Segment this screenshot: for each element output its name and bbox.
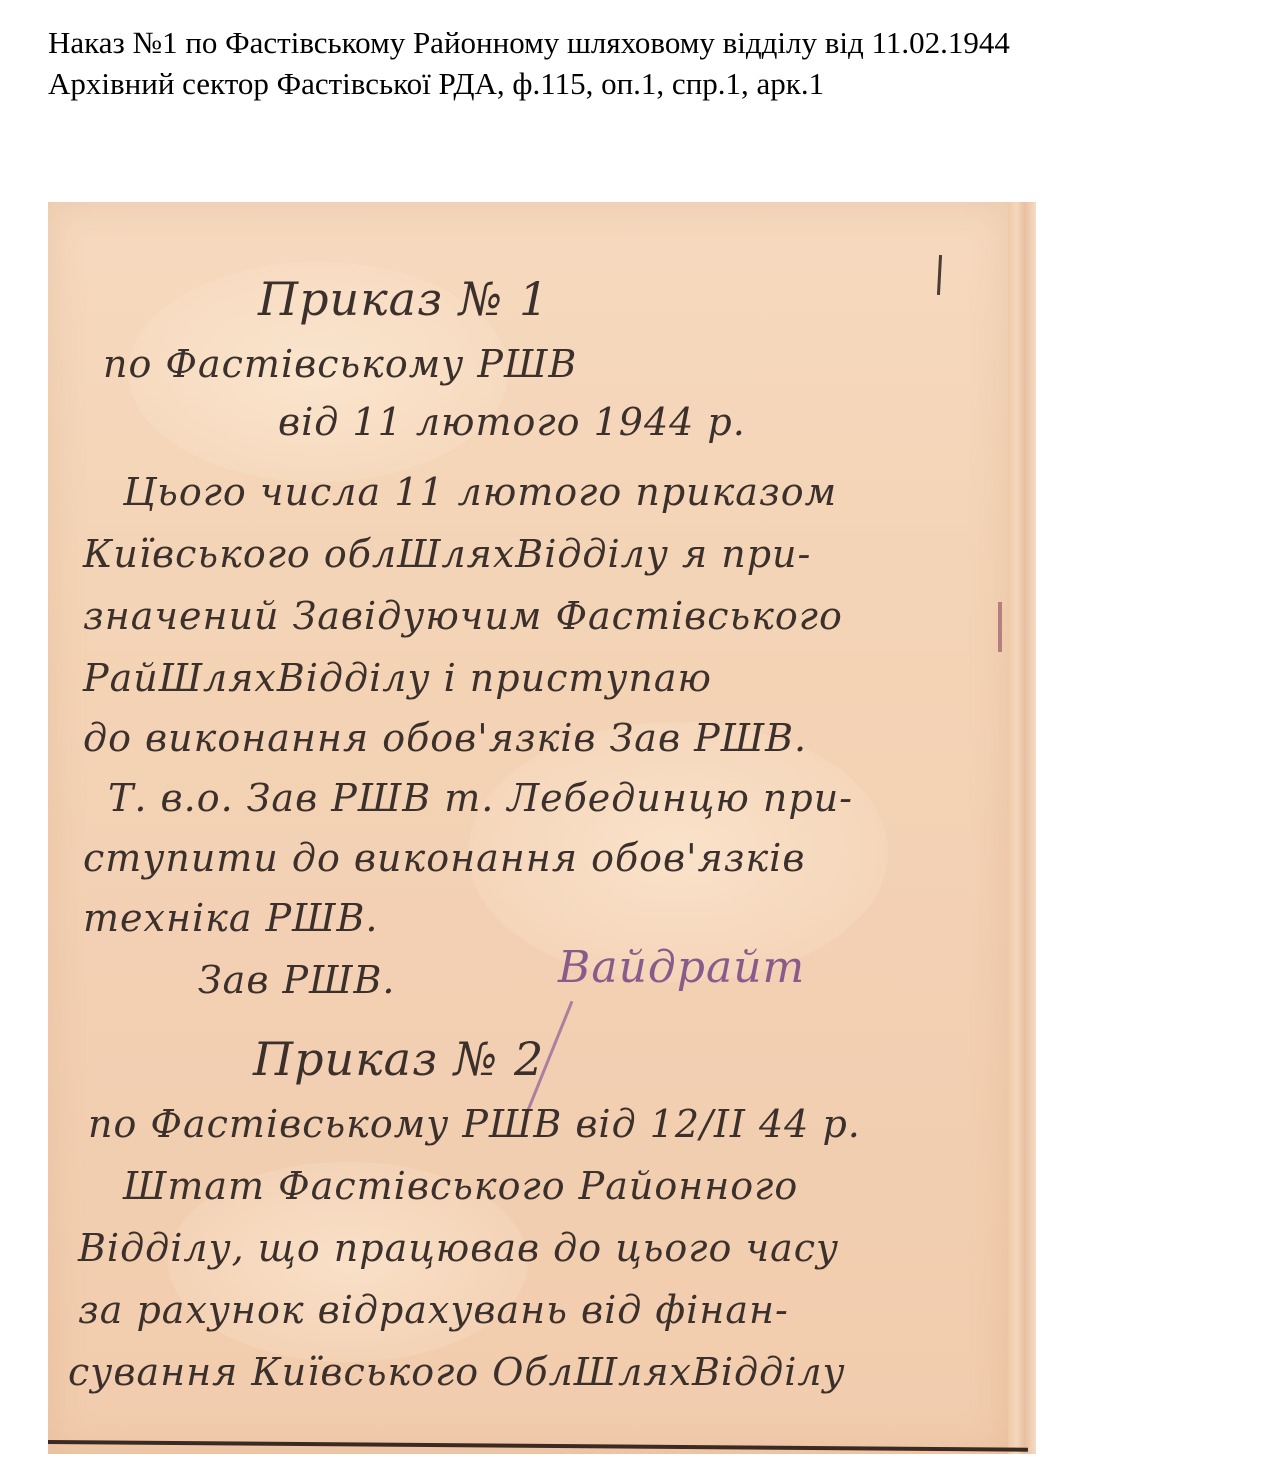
archive-caption: Наказ №1 по Фастівському Районному шляхо… [48,22,1010,104]
order1-addressee: по Фастівському РШВ [103,342,577,386]
order1-signature: Вайдрайт [558,942,805,993]
order1-body-line: техніка РШВ. [83,896,379,940]
order1-body-line: ступити до виконання обов'язків [83,836,805,880]
order2-body-line: за рахунок відрахувань від фінан- [78,1288,789,1332]
order2-title: Приказ № 2 [253,1032,544,1086]
order1-body-line: Цього числа 11 лютого приказом [123,470,837,514]
order1-body-line: Т. в.о. Зав РШВ т. Лебединцю при- [108,776,853,820]
caption-title: Наказ №1 по Фастівському Районному шляхо… [48,22,1010,63]
order1-body-line: РайШляхВідділу і приступаю [83,656,712,700]
order1-body-line: значений Завідуючим Фастівського [83,594,843,638]
order2-addressee: по Фастівському РШВ від 12/II 44 р. [88,1102,861,1146]
order2-body-line: Штат Фастівського Районного [123,1164,798,1208]
ink-mark [998,602,1002,652]
order1-body-line: Київського облШляхВідділу я при- [83,532,811,576]
order1-signature-label: Зав РШВ. [198,958,395,1002]
manuscript-scan: Приказ № 1 по Фастівському РШВ від 11 лю… [48,202,1008,1454]
order2-body-line: сування Київського ОблШляхВідділу [68,1350,846,1394]
order1-title: Приказ № 1 [258,272,549,326]
order2-body-line: Відділу, що працював до цього часу [78,1226,839,1270]
caption-archive-reference: Архівний сектор Фастівської РДА, ф.115, … [48,63,1010,104]
order1-date: від 11 лютого 1944 р. [278,400,746,444]
page-edge [1008,202,1036,1454]
order1-body-line: до виконання обов'язків Зав РШВ. [83,716,807,760]
